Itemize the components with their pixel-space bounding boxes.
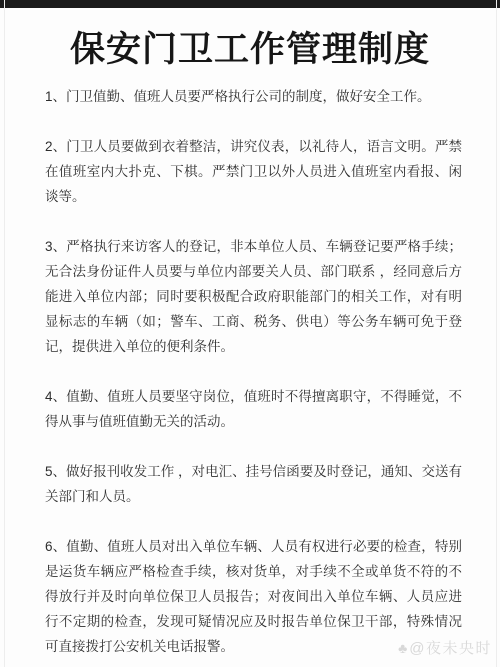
document-title: 保安门卫工作管理制度 xyxy=(0,30,500,70)
watermark: ♣ @夜未央时 xyxy=(398,637,492,658)
watermark-text: @夜未央时 xyxy=(409,637,492,658)
rule-paragraph-3: 3、严格执行来访客人的登记，非本单位人员、车辆登记要严格手续；无合法身份证件人员… xyxy=(45,234,462,359)
rule-paragraph-5: 5、做好报刊收发工作 ，对电汇、挂号信函要及时登记，通知、交送有关部门和人员。 xyxy=(45,459,462,509)
document-body: 1、门卫值勤、值班人员要严格执行公司的制度，做好安全工作。 2、门卫人员要做到衣… xyxy=(45,84,462,659)
rule-paragraph-4: 4、值勤、值班人员要坚守岗位，值班时不得擅离职守，不得睡觉，不得从事与值班值勤无… xyxy=(45,384,462,434)
rule-paragraph-2: 2、门卫人员要做到衣着整洁，讲究仪表，以礼待人，语言文明。严禁在值班室内大扑克、… xyxy=(45,134,462,209)
document-page: 保安门卫工作管理制度 1、门卫值勤、值班人员要严格执行公司的制度，做好安全工作。… xyxy=(0,0,500,667)
top-black-bar xyxy=(0,0,500,8)
rule-paragraph-1: 1、门卫值勤、值班人员要严格执行公司的制度，做好安全工作。 xyxy=(45,84,462,109)
page-edge-line-left xyxy=(4,0,5,667)
page-edge-line-right xyxy=(496,0,497,667)
watermark-logo-icon: ♣ xyxy=(398,640,407,656)
